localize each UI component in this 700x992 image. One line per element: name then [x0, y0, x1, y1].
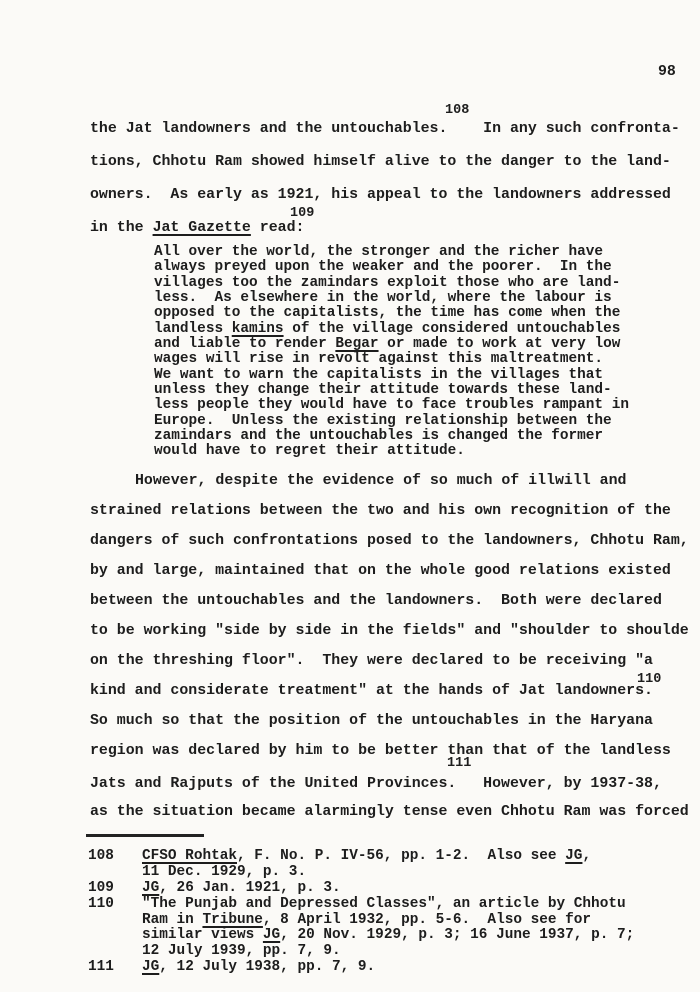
- body-line-2: tions, Chhotu Ram showed himself alive t…: [90, 155, 671, 170]
- quote-line-9: We want to warn the capitalists in the v…: [154, 368, 629, 383]
- footnote-number: 110: [88, 897, 142, 913]
- page-number: 98: [658, 65, 676, 80]
- footnote-111-line-1: 111JG, 12 July 1938, pp. 7, 9.: [88, 960, 634, 976]
- text-segment: Ram in: [142, 912, 202, 928]
- text-segment: , 20 Nov. 1929, p. 3; 16 June 1937, p. 7…: [280, 927, 634, 943]
- quote-line-12: Europe. Unless the existing relationship…: [154, 414, 629, 429]
- body-line-4: in the Jat Gazette read:: [90, 221, 304, 236]
- body-line-14: region was declared by him to be better …: [90, 744, 671, 759]
- footnote-number: 109: [88, 881, 142, 897]
- text-segment: or made to work at very low: [379, 336, 621, 352]
- text-segment: , F. No. P. IV-56, pp. 1-2. Also see: [237, 848, 565, 864]
- text-segment: of the village considered untouchables: [284, 321, 621, 337]
- underlined-tribune: Tribune: [202, 912, 262, 928]
- quote-line-10: unless they change their attitude toward…: [154, 383, 629, 398]
- body-line-10: to be working "side by side in the field…: [90, 624, 689, 639]
- text-segment: similar views: [142, 927, 263, 943]
- footnote-110-line-4: 12 July 1939, pp. 7, 9.: [88, 944, 634, 960]
- text-segment: read:: [251, 220, 305, 236]
- footnote-110-line-3: similar views JG, 20 Nov. 1929, p. 3; 16…: [88, 928, 634, 944]
- body-line-9: between the untouchables and the landown…: [90, 594, 662, 609]
- body-line-11: on the threshing floor". They were decla…: [90, 654, 653, 669]
- body-line-16: as the situation became alarmingly tense…: [90, 805, 689, 820]
- footnote-number: 111: [88, 960, 142, 976]
- underlined-jg: JG: [142, 880, 159, 896]
- footnotes: 108CFSO Rohtak, F. No. P. IV-56, pp. 1-2…: [88, 849, 634, 976]
- body-line-8: by and large, maintained that on the who…: [90, 564, 671, 579]
- document-page: 98 108 the Jat landowners and the untouc…: [0, 0, 700, 992]
- footnote-separator-rule: [86, 834, 204, 837]
- text-segment: "The Punjab and Depressed Classes", an a…: [142, 896, 626, 912]
- underlined-jg: JG: [142, 959, 159, 975]
- underlined-kamins: kamins: [232, 321, 284, 337]
- quote-line-5: opposed to the capitalists, the time has…: [154, 306, 629, 321]
- footnote-110-line-2: Ram in Tribune, 8 April 1932, pp. 5-6. A…: [88, 913, 634, 929]
- body-line-15: Jats and Rajputs of the United Provinces…: [90, 777, 662, 792]
- underlined-begar: Begar: [335, 336, 378, 352]
- footnote-ref-108: 108: [445, 104, 469, 118]
- underlined-jg: JG: [565, 848, 582, 864]
- quote-line-13: zamindars and the untouchables is change…: [154, 429, 629, 444]
- body-line-7: dangers of such confrontations posed to …: [90, 534, 689, 549]
- footnote-108-line-2: 11 Dec. 1929, p. 3.: [88, 865, 634, 881]
- text-segment: and liable to render: [154, 336, 335, 352]
- quote-line-7: and liable to render Begar or made to wo…: [154, 337, 629, 352]
- footnote-108-line-1: 108CFSO Rohtak, F. No. P. IV-56, pp. 1-2…: [88, 849, 634, 865]
- footnote-109-line-1: 109JG, 26 Jan. 1921, p. 3.: [88, 881, 634, 897]
- footnote-number: 108: [88, 849, 142, 865]
- text-segment: in the: [90, 220, 153, 236]
- text-segment: ,: [582, 848, 591, 864]
- body-line-1: the Jat landowners and the untouchables.…: [90, 122, 680, 137]
- text-segment: , 26 Jan. 1921, p. 3.: [159, 880, 340, 896]
- body-line-3: owners. As early as 1921, his appeal to …: [90, 188, 671, 203]
- body-line-5: However, despite the evidence of so much…: [90, 474, 626, 489]
- quote-line-2: always preyed upon the weaker and the po…: [154, 260, 629, 275]
- quote-line-8: wages will rise in revolt against this m…: [154, 352, 629, 367]
- quote-line-4: less. As elsewhere in the world, where t…: [154, 291, 629, 306]
- body-line-12: kind and considerate treatment" at the h…: [90, 684, 653, 699]
- footnote-ref-109: 109: [290, 207, 314, 221]
- quote-line-14: would have to regret their attitude.: [154, 444, 629, 459]
- quote-line-11: less people they would have to face trou…: [154, 398, 629, 413]
- underlined-jat-gazette: Jat Gazette: [153, 220, 251, 236]
- underlined-jg: JG: [263, 927, 280, 943]
- footnote-ref-111: 111: [447, 757, 471, 771]
- quote-line-3: villages too the zamindars exploit those…: [154, 276, 629, 291]
- text-segment: landless: [154, 321, 232, 337]
- text-segment: , 12 July 1938, pp. 7, 9.: [159, 959, 375, 975]
- quote-line-1: All over the world, the stronger and the…: [154, 245, 629, 260]
- block-quote: All over the world, the stronger and the…: [154, 245, 629, 460]
- underlined-cfso-rohtak: CFSO Rohtak: [142, 848, 237, 864]
- text-segment: , 8 April 1932, pp. 5-6. Also see for: [263, 912, 591, 928]
- body-line-6: strained relations between the two and h…: [90, 504, 671, 519]
- quote-line-6: landless kamins of the village considere…: [154, 322, 629, 337]
- body-line-13: So much so that the position of the unto…: [90, 714, 653, 729]
- footnote-110-line-1: 110"The Punjab and Depressed Classes", a…: [88, 897, 634, 913]
